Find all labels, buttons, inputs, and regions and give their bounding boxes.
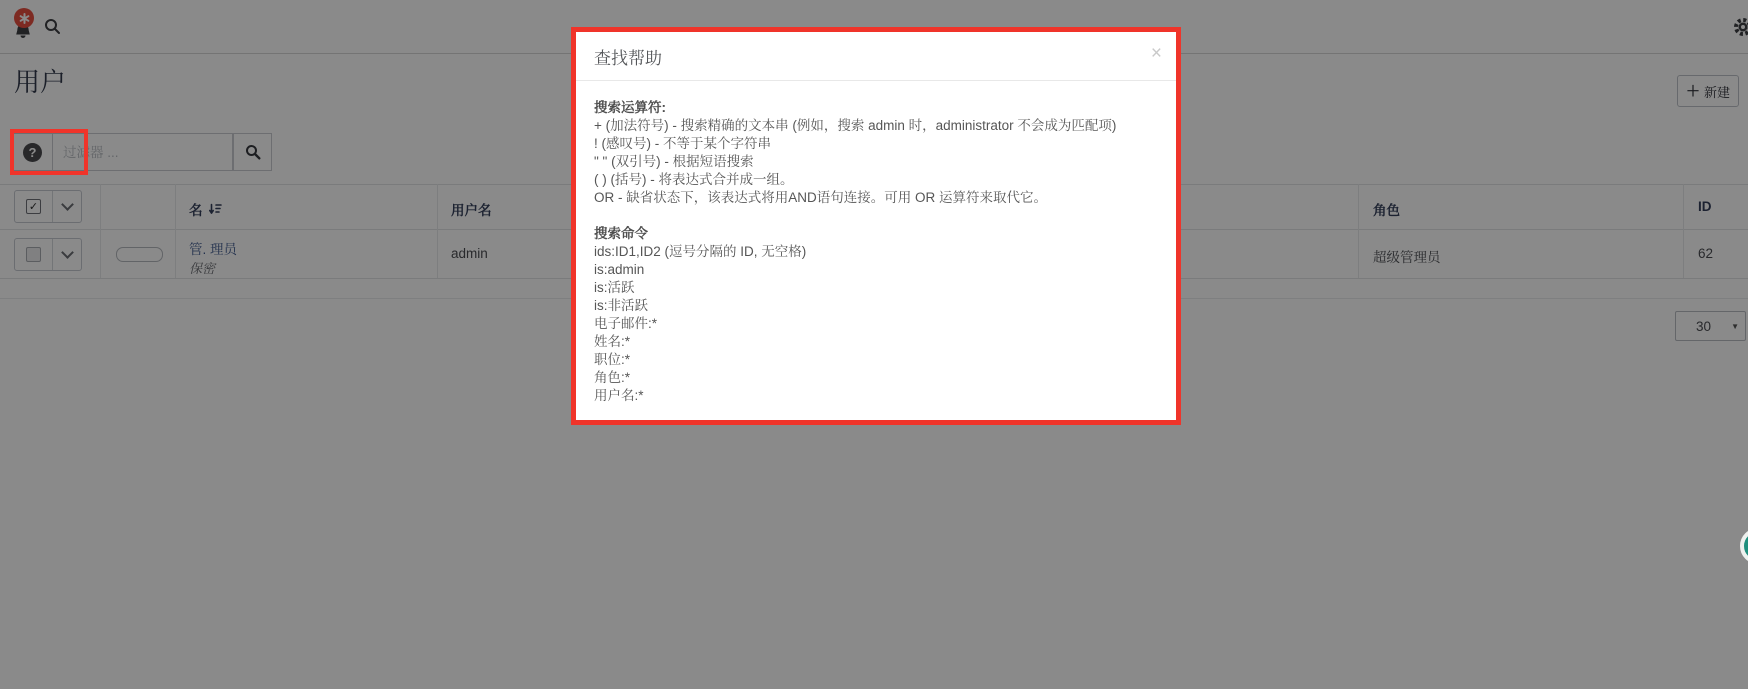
section-heading-commands: 搜索命令 xyxy=(594,225,1156,243)
modal-title: 查找帮助 xyxy=(594,44,662,69)
help-line: 姓名:* xyxy=(594,333,1156,351)
section-heading-operators: 搜索运算符: xyxy=(594,99,1156,117)
search-help-modal: 查找帮助 × 搜索运算符: + (加法符号) - 搜索精确的文本串 (例如，搜索… xyxy=(571,27,1181,425)
modal-body: 搜索运算符: + (加法符号) - 搜索精确的文本串 (例如，搜索 admin … xyxy=(576,81,1176,405)
help-line: is:活跃 xyxy=(594,279,1156,297)
help-line: + (加法符号) - 搜索精确的文本串 (例如，搜索 admin 时，admin… xyxy=(594,117,1156,135)
help-line: ids:ID1,ID2 (逗号分隔的 ID, 无空格) xyxy=(594,243,1156,261)
help-line: is:非活跃 xyxy=(594,297,1156,315)
help-line: ! (感叹号) - 不等于某个字符串 xyxy=(594,135,1156,153)
help-line: ( ) (括号) - 将表达式合并成一组。 xyxy=(594,171,1156,189)
modal-close-button[interactable]: × xyxy=(1151,44,1162,63)
help-line: 电子邮件:* xyxy=(594,315,1156,333)
help-line: " " (双引号) - 根据短语搜索 xyxy=(594,153,1156,171)
annotation-box-filter-help xyxy=(10,129,88,175)
modal-header: 查找帮助 × xyxy=(576,32,1176,81)
help-line: 用户名:* xyxy=(594,387,1156,405)
help-line: 角色:* xyxy=(594,369,1156,387)
help-line: OR - 缺省状态下，该表达式将用AND语句连接。可用 OR 运算符来取代它。 xyxy=(594,189,1156,207)
help-line: is:admin xyxy=(594,261,1156,279)
help-line: 职位:* xyxy=(594,351,1156,369)
